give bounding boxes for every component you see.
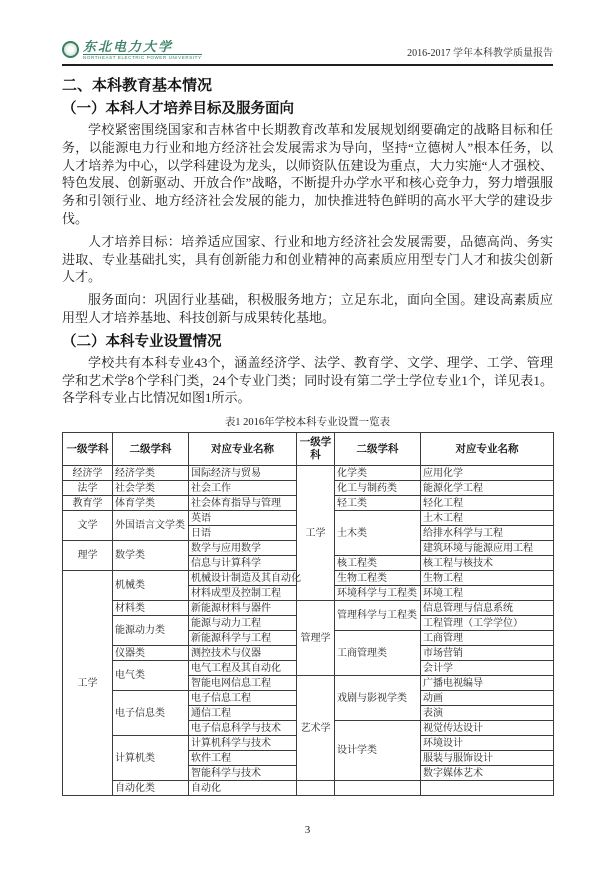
university-logo: 东北电力大学 NORTHEAST ELECTRIC POWER UNIVERSI… <box>62 40 202 61</box>
table-cell: 新能源材料与器件 <box>189 601 297 616</box>
table-header-cell: 一级学科 <box>297 433 335 466</box>
table-cell: 电气类 <box>113 661 189 691</box>
section-1-heading: （一）本科人才培养目标及服务面向 <box>62 99 553 119</box>
table-header-cell: 对应专业名称 <box>189 433 297 466</box>
table-cell: 社会学类 <box>113 481 189 496</box>
table-cell: 工商管理类 <box>335 631 421 676</box>
table-cell: 生物工程 <box>421 571 554 586</box>
table-cell: 土木类 <box>335 511 421 556</box>
table-cell: 自动化 <box>189 781 297 796</box>
table-cell: 核工程类 <box>335 556 421 571</box>
table-header-row: 一级学科 二级学科 对应专业名称 一级学科 二级学科 对应专业名称 <box>63 433 554 466</box>
table-cell: 市场营销 <box>421 646 554 661</box>
table-cell: 设计学类 <box>335 721 421 781</box>
table-cell: 服装与服饰设计 <box>421 751 554 766</box>
section-2-heading: （二）本科专业设置情况 <box>62 332 553 352</box>
table-cell: 工学 <box>297 466 335 601</box>
table-cell: 艺术学 <box>297 676 335 781</box>
table-cell: 数字媒体艺术 <box>421 766 554 781</box>
table-cell: 材料类 <box>113 601 189 616</box>
table-cell: 环境设计 <box>421 736 554 751</box>
main-heading: 二、本科教育基本情况 <box>62 76 553 96</box>
table-cell: 理学 <box>63 541 113 571</box>
table-header-cell: 二级学科 <box>113 433 189 466</box>
table-cell <box>335 781 421 796</box>
table-cell: 能源与动力工程 <box>189 616 297 631</box>
table-row: 材料类 新能源材料与器件 管理学 管理科学与工程类 信息管理与信息系统 <box>63 601 554 616</box>
table-cell: 环境工程 <box>421 586 554 601</box>
table-cell: 给排水科学与工程 <box>421 526 554 541</box>
paragraph: 学校共有本科专业43个，涵盖经济学、法学、教育学、文学、理学、工学、管理学和艺术… <box>62 354 553 407</box>
majors-table: 一级学科 二级学科 对应专业名称 一级学科 二级学科 对应专业名称 经济学 经济… <box>62 432 554 796</box>
table-cell: 应用化学 <box>421 466 554 481</box>
table-cell: 化工与制药类 <box>335 481 421 496</box>
table-cell: 智能科学与技术 <box>189 766 297 781</box>
table-cell: 戏剧与影视学类 <box>335 676 421 721</box>
table-cell: 数学类 <box>113 541 189 571</box>
table-cell: 材料成型及控制工程 <box>189 586 297 601</box>
page-number: 3 <box>0 824 615 836</box>
table-cell: 信息与计算科学 <box>189 556 297 571</box>
table-cell: 仪器类 <box>113 646 189 661</box>
table-cell: 轻化工程 <box>421 496 554 511</box>
table-cell: 信息管理与信息系统 <box>421 601 554 616</box>
table-cell: 生物工程类 <box>335 571 421 586</box>
university-emblem-icon <box>62 41 79 58</box>
university-name: 东北电力大学 <box>83 40 202 53</box>
table-cell: 电子信息科学与技术 <box>189 721 297 736</box>
table-cell: 计算机科学与技术 <box>189 736 297 751</box>
university-name-english: NORTHEAST ELECTRIC POWER UNIVERSITY <box>83 54 202 61</box>
paragraph: 服务面向：巩固行业基础，积极服务地方；立足东北，面向全国。建设高素质应用型人才培… <box>62 291 553 327</box>
table-cell: 通信工程 <box>189 706 297 721</box>
table-cell: 电气工程及其自动化 <box>189 661 297 676</box>
table-row: 自动化类 自动化 <box>63 781 554 796</box>
table-cell: 社会工作 <box>189 481 297 496</box>
table-cell: 能源动力类 <box>113 616 189 646</box>
table-cell: 工程管理（工学学位） <box>421 616 554 631</box>
table-cell: 体育学类 <box>113 496 189 511</box>
page-header: 东北电力大学 NORTHEAST ELECTRIC POWER UNIVERSI… <box>62 26 553 66</box>
table-cell: 机械设计制造及其自动化 <box>189 571 297 586</box>
table-header-cell: 二级学科 <box>335 433 421 466</box>
table-cell: 日语 <box>189 526 297 541</box>
table-cell: 核工程与核技术 <box>421 556 554 571</box>
table-cell: 软件工程 <box>189 751 297 766</box>
table-cell: 管理科学与工程类 <box>335 601 421 631</box>
table-cell: 电子信息类 <box>113 691 189 736</box>
paragraph: 学校紧密围绕国家和吉林省中长期教育改革和发展规划纲要确定的战略目标和任务，以能源… <box>62 121 553 228</box>
table-header-cell: 对应专业名称 <box>421 433 554 466</box>
logo-text-block: 东北电力大学 NORTHEAST ELECTRIC POWER UNIVERSI… <box>83 40 202 61</box>
table-cell: 工商管理 <box>421 631 554 646</box>
table-cell: 新能源科学与工程 <box>189 631 297 646</box>
table-cell: 动画 <box>421 691 554 706</box>
document-page: 东北电力大学 NORTHEAST ELECTRIC POWER UNIVERSI… <box>0 0 615 870</box>
table-cell: 土木工程 <box>421 511 554 526</box>
table-cell: 视觉传达设计 <box>421 721 554 736</box>
table-cell: 数学与应用数学 <box>189 541 297 556</box>
table-cell: 机械类 <box>113 571 189 601</box>
table-cell: 智能电网信息工程 <box>189 676 297 691</box>
table-cell: 建筑环境与能源应用工程 <box>421 541 554 556</box>
table-cell: 管理学 <box>297 601 335 676</box>
table-cell: 电子信息工程 <box>189 691 297 706</box>
table-cell: 经济学类 <box>113 466 189 481</box>
paragraph: 人才培养目标：培养适应国家、行业和地方经济社会发展需要，品德高尚、务实进取、专业… <box>62 233 553 286</box>
table-cell: 工学 <box>63 571 113 796</box>
table-cell: 教育学 <box>63 496 113 511</box>
table-cell: 会计学 <box>421 661 554 676</box>
table-cell: 经济学 <box>63 466 113 481</box>
table-cell: 表演 <box>421 706 554 721</box>
table-cell: 英语 <box>189 511 297 526</box>
table-cell: 轻工类 <box>335 496 421 511</box>
report-title: 2016-2017 学年本科教学质量报告 <box>407 44 553 60</box>
table-cell: 外国语言文学类 <box>113 511 189 541</box>
table-cell <box>421 781 554 796</box>
table-cell: 文学 <box>63 511 113 541</box>
table-cell: 自动化类 <box>113 781 189 796</box>
table-row: 经济学 经济学类 国际经济与贸易 工学 化学类 应用化学 <box>63 466 554 481</box>
table-cell: 测控技术与仪器 <box>189 646 297 661</box>
table-cell: 化学类 <box>335 466 421 481</box>
table-cell: 能源化学工程 <box>421 481 554 496</box>
table-cell: 计算机类 <box>113 736 189 781</box>
table-cell: 法学 <box>63 481 113 496</box>
table-cell: 社会体育指导与管理 <box>189 496 297 511</box>
table-caption: 表1 2016年学校本科专业设置一览表 <box>62 414 553 429</box>
table-cell: 国际经济与贸易 <box>189 466 297 481</box>
table-cell: 广播电视编导 <box>421 676 554 691</box>
table-cell: 环境科学与工程类 <box>335 586 421 601</box>
table-cell <box>297 781 335 796</box>
table-header-cell: 一级学科 <box>63 433 113 466</box>
